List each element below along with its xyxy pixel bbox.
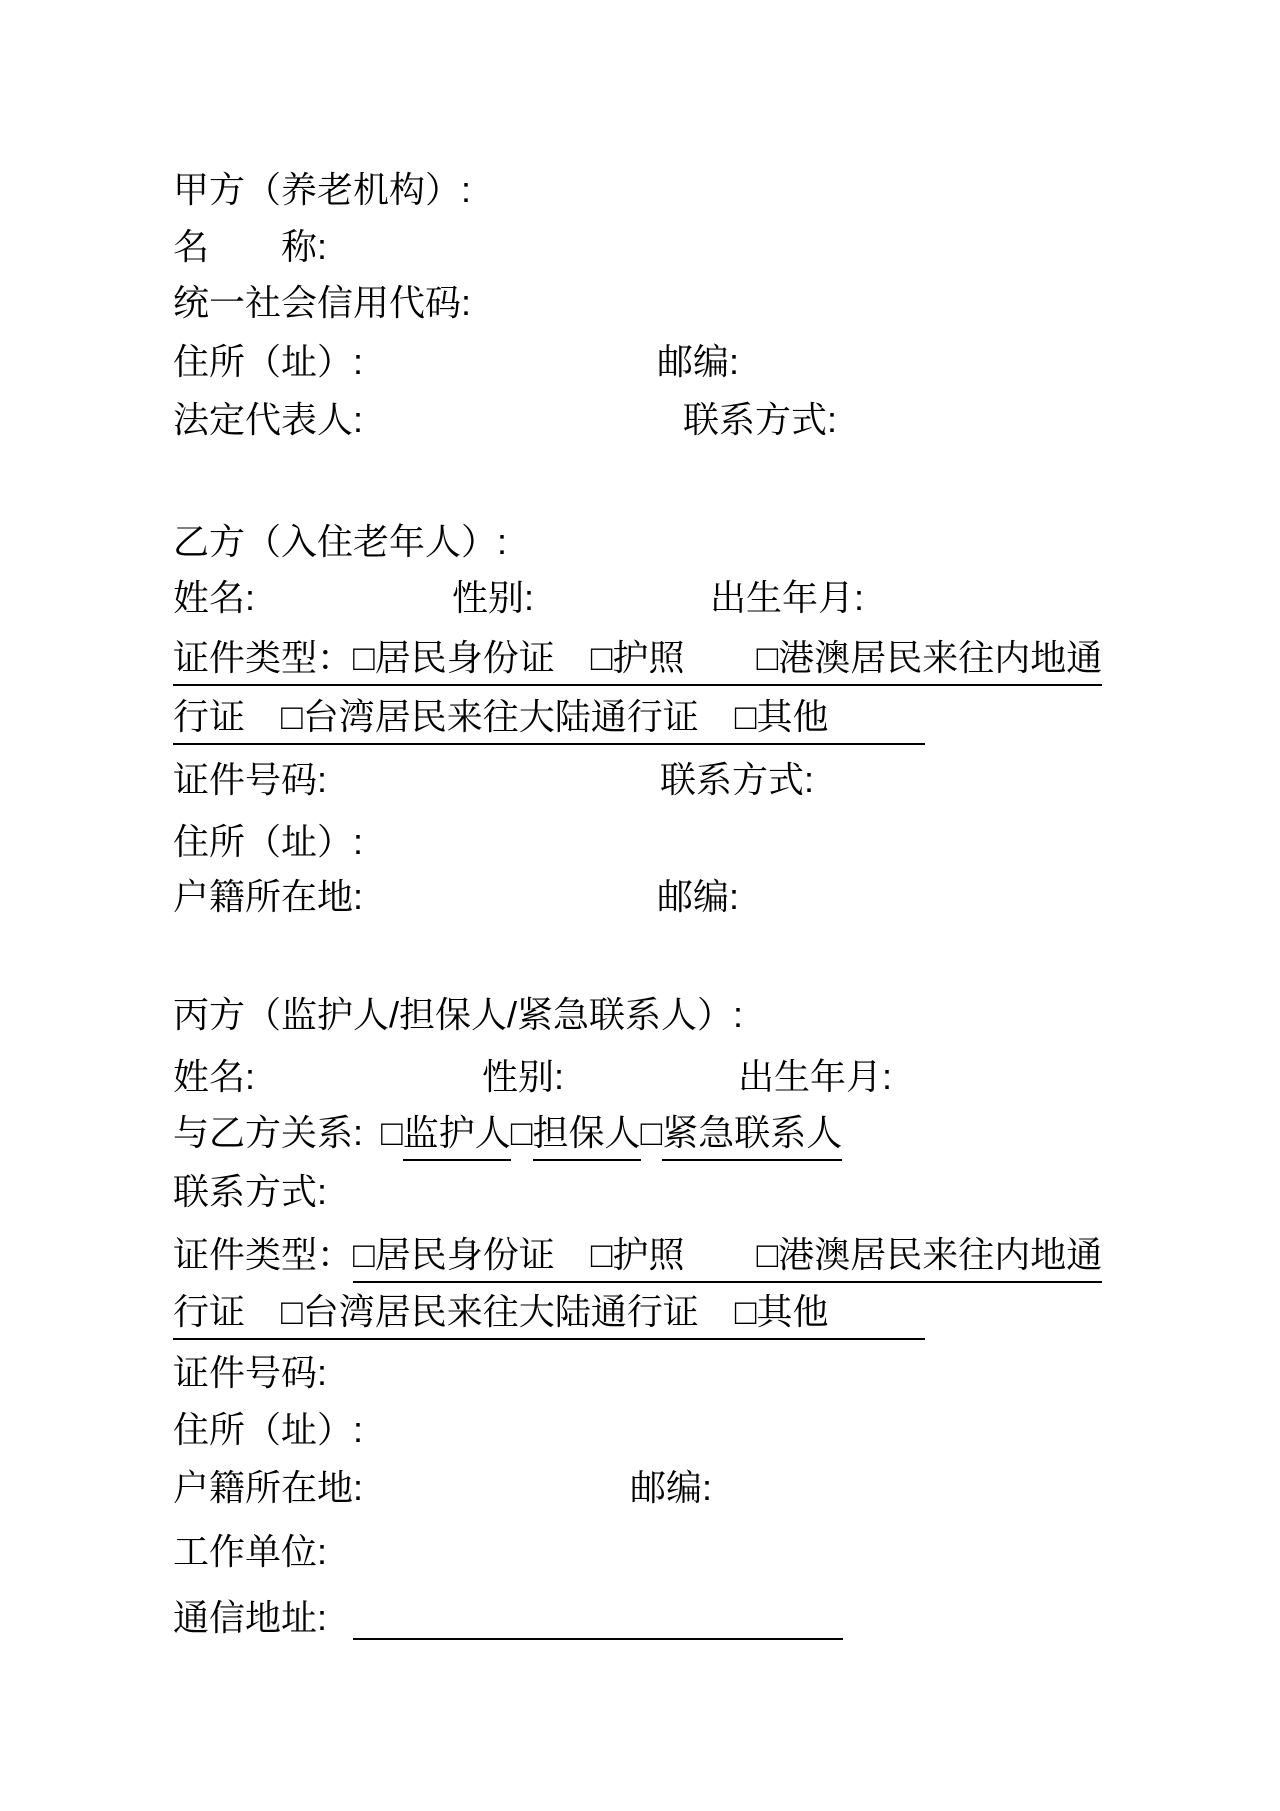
contact-label: 联系方式: bbox=[660, 758, 814, 802]
gender-label: 性别: bbox=[482, 1055, 564, 1099]
id-type-label: 证件类型： bbox=[173, 1233, 353, 1277]
party-c-contact-line: 联系方式: bbox=[173, 1170, 1220, 1214]
party-c-id-type-line-2: 行证 □台湾居民来往大陆通行证 □其他 bbox=[173, 1290, 1220, 1340]
party-c-heading: 丙方（监护人/担保人/紧急联系人）: bbox=[173, 993, 1220, 1037]
relation-label: 与乙方关系: bbox=[173, 1111, 363, 1155]
party-c-employer-line: 工作单位: bbox=[173, 1530, 1220, 1574]
birth-label: 出生年月: bbox=[710, 576, 864, 620]
checkbox-icon: □ bbox=[641, 1112, 663, 1153]
legal-rep-label: 法定代表人: bbox=[173, 398, 363, 442]
party-a-legal-rep-line: 法定代表人: 联系方式: bbox=[173, 398, 1220, 442]
address-label: 住所（址）: bbox=[173, 340, 363, 384]
party-b-id-type-line-2: 行证 □台湾居民来往大陆通行证 □其他 bbox=[173, 695, 1220, 745]
name-label: 名 称: bbox=[173, 225, 327, 269]
party-b-heading-text: 乙方（入住老年人）: bbox=[173, 520, 507, 564]
party-c-relation-line: 与乙方关系:□监护人□担保人□紧急联系人 bbox=[173, 1111, 1220, 1161]
party-c-heading-text: 丙方（监护人/担保人/紧急联系人）: bbox=[173, 993, 743, 1037]
party-c-id-type-line-1: 证件类型：□居民身份证 □护照 □港澳居民来往内地通 bbox=[173, 1233, 1220, 1283]
party-a-address-line: 住所（址）: 邮编: bbox=[173, 340, 1220, 384]
address-label: 住所（址）: bbox=[173, 820, 363, 864]
other-id-blank bbox=[829, 1304, 925, 1340]
party-b-address-line: 住所（址）: bbox=[173, 820, 1220, 864]
party-a-heading-text: 甲方（养老机构）: bbox=[173, 168, 471, 212]
party-b-name-line: 姓名: 性别: 出生年月: bbox=[173, 576, 1220, 620]
household-label: 户籍所在地: bbox=[173, 1466, 363, 1510]
id-type-options-2: 行证 □台湾居民来往大陆通行证 □其他 bbox=[173, 695, 829, 745]
postcode-label: 邮编: bbox=[630, 1466, 712, 1510]
other-id-blank bbox=[829, 709, 925, 745]
id-number-label: 证件号码: bbox=[173, 1351, 327, 1395]
name-label: 姓名: bbox=[173, 1055, 255, 1099]
document-page: 甲方（养老机构）: 名 称: 统一社会信用代码: 住所（址）: 邮编: 法定代表… bbox=[0, 0, 1280, 1811]
id-type-options-2: 行证 □台湾居民来往大陆通行证 □其他 bbox=[173, 1290, 829, 1340]
relation-option-guarantor: 担保人 bbox=[533, 1111, 641, 1161]
party-c-address-line: 住所（址）: bbox=[173, 1408, 1220, 1452]
birth-label: 出生年月: bbox=[738, 1055, 892, 1099]
party-a-name-line: 名 称: bbox=[173, 225, 1220, 269]
party-b-id-number-line: 证件号码: 联系方式: bbox=[173, 758, 1220, 802]
credit-code-label: 统一社会信用代码: bbox=[173, 281, 471, 325]
party-c-name-line: 姓名: 性别: 出生年月: bbox=[173, 1055, 1220, 1099]
party-a-credit-code-line: 统一社会信用代码: bbox=[173, 281, 1220, 325]
postcode-label: 邮编: bbox=[657, 875, 739, 919]
checkbox-icon: □ bbox=[381, 1112, 403, 1153]
relation-option-emergency-contact: 紧急联系人 bbox=[662, 1111, 842, 1161]
relation-option-guardian: 监护人 bbox=[403, 1111, 511, 1161]
checkbox-icon: □ bbox=[511, 1112, 533, 1153]
party-c-id-number-line: 证件号码: bbox=[173, 1351, 1220, 1395]
party-b-id-type-line-1: 证件类型：□居民身份证 □护照 □港澳居民来往内地通 bbox=[173, 636, 1220, 686]
party-b-household-line: 户籍所在地: 邮编: bbox=[173, 875, 1220, 919]
address-label: 住所（址）: bbox=[173, 1408, 363, 1452]
contact-label: 联系方式: bbox=[173, 1170, 327, 1214]
gender-label: 性别: bbox=[452, 576, 534, 620]
party-c-mailing-line: 通信地址: bbox=[173, 1596, 1220, 1640]
postcode-label: 邮编: bbox=[657, 340, 739, 384]
mailing-label: 通信地址: bbox=[173, 1596, 327, 1640]
household-label: 户籍所在地: bbox=[173, 875, 363, 919]
party-a-heading: 甲方（养老机构）: bbox=[173, 168, 1220, 212]
mailing-address-blank bbox=[353, 1604, 843, 1640]
id-type-options-1: 证件类型：□居民身份证 □护照 □港澳居民来往内地通 bbox=[173, 636, 1102, 686]
id-type-options-1: □居民身份证 □护照 □港澳居民来往内地通 bbox=[353, 1233, 1102, 1283]
contact-label: 联系方式: bbox=[683, 398, 837, 442]
employer-label: 工作单位: bbox=[173, 1530, 327, 1574]
id-number-label: 证件号码: bbox=[173, 758, 327, 802]
party-c-household-line: 户籍所在地: 邮编: bbox=[173, 1466, 1220, 1510]
name-label: 姓名: bbox=[173, 576, 255, 620]
party-b-heading: 乙方（入住老年人）: bbox=[173, 520, 1220, 564]
